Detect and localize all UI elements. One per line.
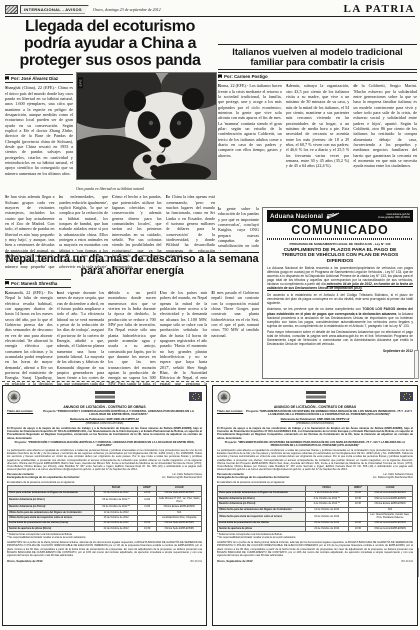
- delivery-row: Encargada de la entrega de los expedient…: [217, 476, 413, 479]
- tender-calendar-table: FECHA HORA* LUGAR Plazo para solicitar a…: [217, 485, 413, 532]
- tender-calendar-table: FECHA HORA* LUGAR Plazo para solicitar a…: [7, 485, 202, 532]
- aduana-phone: Línea gratuita: 800-10-5001: [378, 216, 410, 219]
- project-line: Proyecto: "IMPLEMENTACIÓN DE UN SISTEMA …: [219, 441, 411, 447]
- article-panda-headline: Llegada del ecoturismo podría ayudar a C…: [5, 19, 215, 69]
- issue-date: Oruro, domingo 23 de septiembre de 2012: [93, 7, 161, 12]
- calendar-row: Sesión de apertura de plicas 22 de Octub…: [218, 526, 413, 531]
- participation-paragraph: La participación está abierta en igualda…: [7, 449, 202, 472]
- notice-place-date: Oruro, Septiembre de 2012: [217, 559, 253, 563]
- comunicado-title: COMUNICADO: [267, 223, 413, 237]
- panda-photo: EFE: [76, 72, 217, 180]
- article-panda-continuation-column: la gente sobre la educación de los panda…: [218, 206, 259, 251]
- aduana-wings-icon: [326, 212, 340, 220]
- aduana-contact-block: www.aduana.gob.bo Línea gratuita: 800-10…: [378, 213, 410, 220]
- article-column: hará vigente durante los meses de mayor …: [57, 290, 105, 386]
- article-nepal: Nepal tendrá un día más de descanso a la…: [5, 252, 259, 386]
- article-column: El mes pasado el Gobierno nepalí firmó u…: [211, 290, 259, 386]
- contract-title-label: Título del contrato:: [7, 410, 33, 417]
- article-column: de la Coldiretti, Sergio Marini. 'Mucho …: [353, 83, 417, 199]
- aduana-signature-date: Septiembre de 2012: [267, 349, 413, 353]
- photo-caption: Osos panda en libertad en su hábitat nat…: [76, 187, 215, 191]
- article-italy-columns: Roma, 22 (EFE).- Los italianos hacen fre…: [218, 83, 417, 199]
- byline-flag-icon: [218, 74, 222, 79]
- bolivia-coat-of-arms-icon: [217, 390, 231, 404]
- byline-flag-icon: [5, 76, 9, 81]
- project-line: Proyecto: "PRODUCCIÓN Y COMERCIALIZACIÓN…: [9, 441, 200, 447]
- panda-photo-illustration: [77, 73, 216, 179]
- header-rule: [5, 16, 415, 17]
- contract-title: Proyecto "IMPLEMENTACIÓN DE UN SISTEMA D…: [245, 410, 413, 417]
- aduana-comunicado: Aduana Nacional www.aduana.gob.bo Línea …: [262, 207, 418, 379]
- aduana-brand: Aduana Nacional: [270, 213, 323, 220]
- notice-place-date: Oruro, Septiembre de 2012: [7, 559, 43, 563]
- publication-reference: Referencia de Publicación: EMP-OBR-UE-05…: [217, 418, 413, 425]
- tender-notice-right: ANUNCIO DE LICITACIÓN - CONTRATO DE OBRA…: [212, 385, 418, 626]
- contract-title-label: Título del contrato:: [217, 410, 243, 417]
- calendar-row: Última fecha para visita de inspección s…: [218, 513, 413, 521]
- program-line: PROGRAMA DE SANEAMIENTO LEGAL DE VEHÍCUL…: [267, 242, 413, 246]
- notice-logo-row: [217, 389, 413, 404]
- delivery-row: Encargada de la entrega de los expedient…: [7, 476, 202, 479]
- article-nepal-byline: Por: Manesh Shrestha: [5, 279, 71, 288]
- notice-code: BO-31/012: [401, 560, 413, 563]
- empleomin-logo-icon: [306, 391, 326, 403]
- section-label: INTERNACIONAL - AVISOS: [20, 5, 89, 14]
- bolivia-coat-of-arms-icon: [7, 390, 21, 404]
- table-footnotes: * Todas las horas corresponden a la hora…: [7, 533, 202, 539]
- article-column: Roma, 22 (EFE).- Los italianos hacen fre…: [218, 83, 282, 199]
- notice-code: BO-31/012: [190, 560, 202, 563]
- article-panda: Llegada del ecoturismo podría ayudar a C…: [5, 19, 215, 270]
- participation-paragraph: La participación está abierta en igualda…: [217, 449, 413, 472]
- masthead: LA PATRIA: [344, 3, 415, 15]
- article-column: debido a un perfil montañoso donde nacen…: [108, 290, 156, 386]
- ad-code-strip: [414, 350, 419, 379]
- article-nepal-headline: Nepal tendrá un día más de descanso a la…: [5, 254, 259, 277]
- publication-reference: Referencia de Publicación: EMP-OBR-UE-04…: [7, 418, 202, 425]
- article-column: Katmandú, 22 (EFE).- En Nepal la falta d…: [5, 290, 53, 386]
- comunicado-subject: CUMPLIMIENTO DE PLAZOS PARA EL PAGO DE T…: [273, 248, 407, 265]
- edition-tag-icon: [5, 5, 18, 14]
- hatch-rule: [267, 238, 413, 241]
- notice-intro: El Proyecto de apoyo a la mejora de las …: [7, 427, 202, 440]
- page-header: INTERNACIONAL - AVISOS Oruro, domingo 23…: [5, 3, 415, 15]
- empleomin-logo-icon: [95, 391, 115, 403]
- aduana-paragraph-4: Para mayor información sobre el detalle …: [267, 330, 413, 346]
- article-nepal-columns: Katmandú, 22 (EFE).- En Nepal la falta d…: [5, 290, 259, 386]
- article-column: Además, subraya la organización, otro 43…: [286, 83, 350, 199]
- photo-credit: EFE: [78, 77, 83, 88]
- guarantees-paragraph: GARANTÍAS: En el sobre de la oferta (úni…: [217, 541, 413, 557]
- article-italy: Italianos vuelven al modelo tradicional …: [218, 44, 417, 199]
- eu-flag-icon: [189, 392, 202, 401]
- calendar-note: El calendario de la presente convocatori…: [217, 481, 413, 484]
- eu-flag-icon: [400, 392, 413, 401]
- article-italy-byline: Por: Carmen Postigo: [218, 72, 417, 81]
- calendar-note: El calendario de la presente convocatori…: [7, 481, 202, 484]
- aduana-paragraph-1: La Aduana Nacional de Bolivia recuerda a…: [267, 266, 413, 290]
- byline-flag-icon: [5, 281, 9, 286]
- notice-intro: El Proyecto de apoyo a la mejora de las …: [217, 427, 413, 440]
- aduana-paragraph-3: Asimismo, se les previene que de no dars…: [267, 307, 413, 327]
- article-column: Uno de los países más pobres del mundo, …: [160, 290, 208, 386]
- calendar-row: Sesión de apertura de plicas (Oruro) 22 …: [8, 526, 202, 531]
- table-footnotes: * Todas las horas corresponden a la hora…: [217, 533, 413, 539]
- section-dashed-rule: [2, 381, 418, 382]
- tender-notice-left: ANUNCIO DE LICITACIÓN - CONTRATO DE OBRA…: [2, 385, 207, 626]
- article-panda-lead-column: Shanghái (China), 22 (EFE).- China es el…: [5, 85, 73, 185]
- aduana-paragraph-2: De acuerdo a lo establecido en el Artícu…: [267, 293, 413, 305]
- contract-title: Proyecto "PRODUCCIÓN Y COMERCIALIZACIÓN …: [35, 410, 202, 417]
- guarantees-paragraph: GARANTÍAS: En el sobre de la oferta (úni…: [7, 541, 202, 557]
- article-italy-headline: Italianos vuelven al modelo tradicional …: [218, 44, 417, 70]
- article-panda-byline: Por: José Álvarez Díaz: [5, 74, 73, 83]
- calendar-row: Reunión Aclaratoria (en Oruro) 03 de Oct…: [8, 497, 202, 505]
- newspaper-page: INTERNACIONAL - AVISOS Oruro, domingo 23…: [0, 0, 420, 630]
- notice-logo-row: [7, 389, 202, 404]
- aduana-header-bar: Aduana Nacional www.aduana.gob.bo Línea …: [267, 210, 413, 222]
